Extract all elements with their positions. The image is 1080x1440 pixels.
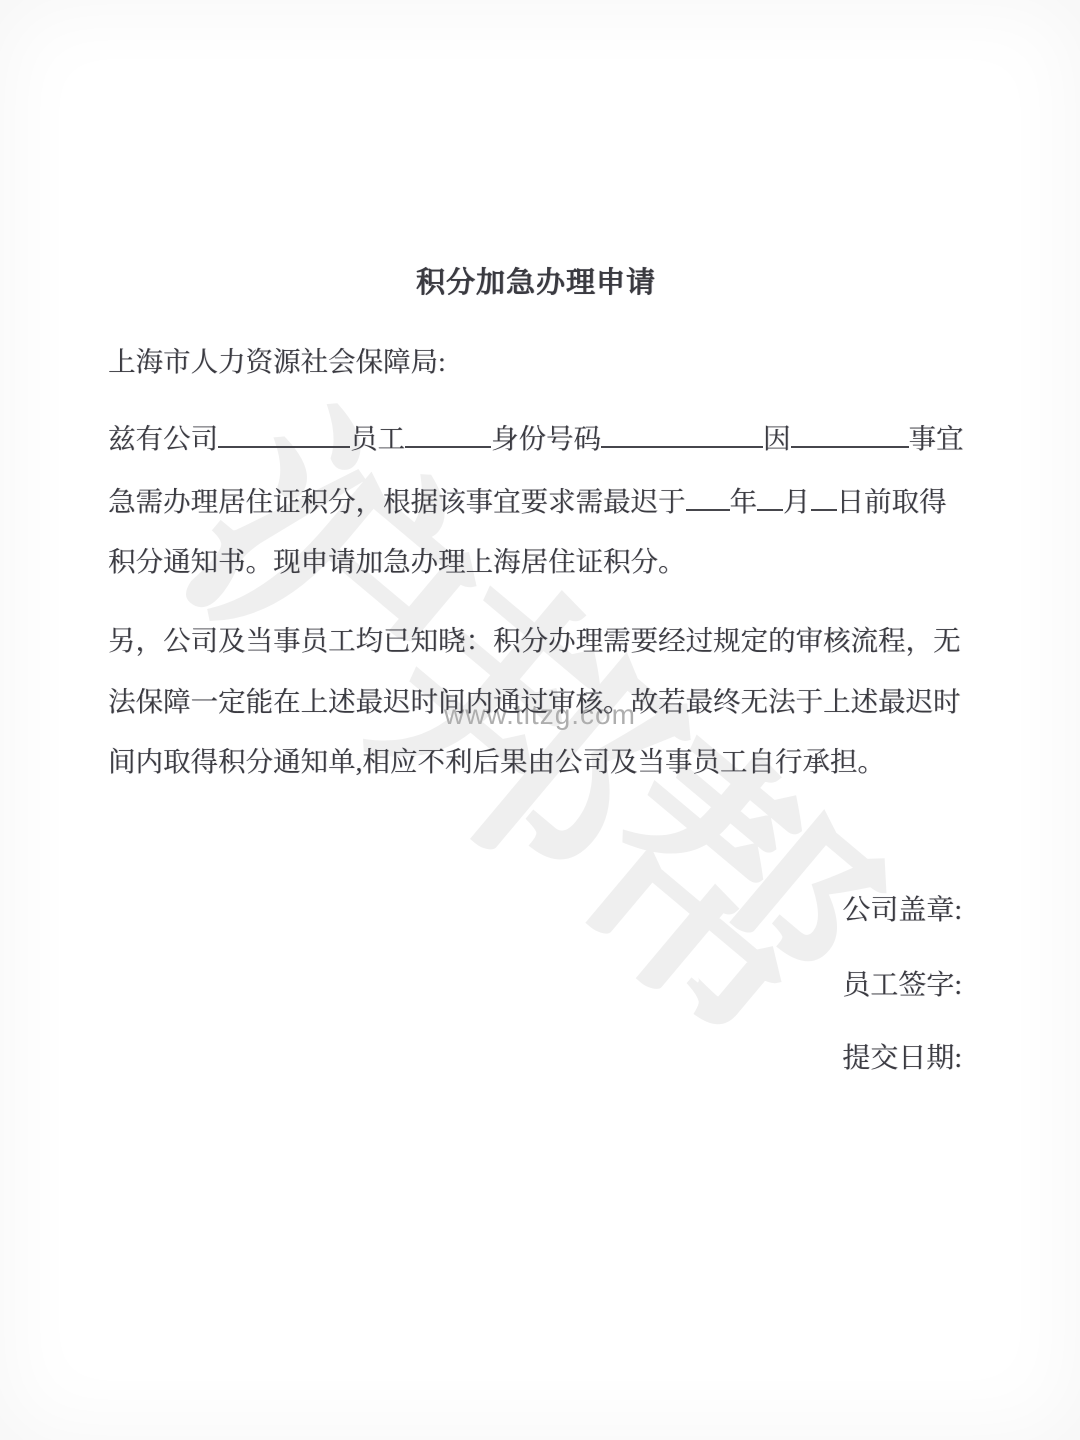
employee-signature-label: 员工签字: — [842, 970, 962, 1002]
para2-line2: 法保障一定能在上述最迟时间内通过审核。故若最终无法于上述最迟时 — [108, 686, 1008, 718]
para1-line2-seg4: 日前取得 — [837, 486, 947, 517]
para1-line1-seg5: 事宜 — [909, 423, 964, 454]
document-title: 积分加急办理申请 — [108, 266, 964, 300]
blank-month — [757, 489, 783, 511]
para1-line1-seg2: 员工 — [350, 423, 405, 454]
para1-line2-seg3: 月 — [783, 486, 811, 517]
para1-line2: 急需办理居住证积分，根据该事宜要求需最迟于年月日前取得 — [108, 486, 1008, 518]
para1-line3: 积分通知书。现申请加急办理上海居住证积分。 — [108, 546, 1008, 578]
para1-line1-seg1: 兹有公司 — [108, 423, 218, 454]
blank-employee-name — [405, 426, 491, 448]
blank-company-name — [218, 426, 350, 448]
para1-line2-seg2: 年 — [730, 486, 758, 517]
blank-reason — [791, 426, 909, 448]
submit-date-label: 提交日期: — [842, 1043, 962, 1075]
blank-day — [811, 489, 837, 511]
salutation-line: 上海市人力资源社会保障局: — [108, 346, 1008, 378]
para1-line2-seg1: 急需办理居住证积分，根据该事宜要求需最迟于 — [108, 486, 686, 517]
document-page: 沪邦帮 www.tltzg.com 积分加急办理申请 上海市人力资源社会保障局:… — [0, 0, 1080, 1440]
salutation-text: 上海市人力资源社会保障局: — [108, 346, 446, 377]
company-seal-label: 公司盖章: — [842, 895, 962, 927]
para1-line1: 兹有公司员工身份号码因事宜 — [108, 423, 1008, 455]
para2-line3: 间内取得积分通知单,相应不利后果由公司及当事员工自行承担。 — [108, 746, 1008, 778]
para1-line1-seg4: 因 — [763, 423, 791, 454]
para1-line1-seg3: 身份号码 — [491, 423, 601, 454]
blank-id-number — [601, 426, 763, 448]
para2-line1: 另，公司及当事员工均已知晓：积分办理需要经过规定的审核流程，无 — [108, 625, 1008, 657]
brand-watermark-text: 沪邦帮 — [113, 361, 927, 1104]
blank-year — [686, 489, 730, 511]
